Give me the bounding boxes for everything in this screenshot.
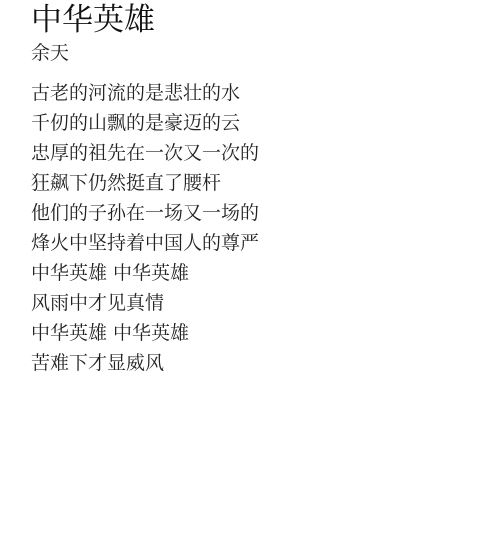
lyric-line: 古老的河流的是悲壮的水 [31,81,259,111]
artist-name: 余天 [31,41,69,65]
lyric-line: 苦难下才显威风 [31,351,259,381]
lyric-line: 他们的子孙在一场又一场的 [31,201,259,231]
lyric-line: 烽火中坚持着中国人的尊严 [31,231,259,261]
lyric-line: 风雨中才见真情 [31,291,259,321]
lyric-line: 中华英雄 中华英雄 [31,321,259,351]
song-title: 中华英雄 [31,2,155,38]
lyrics-list: 古老的河流的是悲壮的水 千仞的山飘的是豪迈的云 忠厚的祖先在一次又一次的 狂飙下… [31,81,259,381]
lyric-line: 忠厚的祖先在一次又一次的 [31,141,259,171]
lyric-line: 狂飙下仍然挺直了腰杆 [31,171,259,201]
lyric-line: 中华英雄 中华英雄 [31,261,259,291]
lyric-line: 千仞的山飘的是豪迈的云 [31,111,259,141]
